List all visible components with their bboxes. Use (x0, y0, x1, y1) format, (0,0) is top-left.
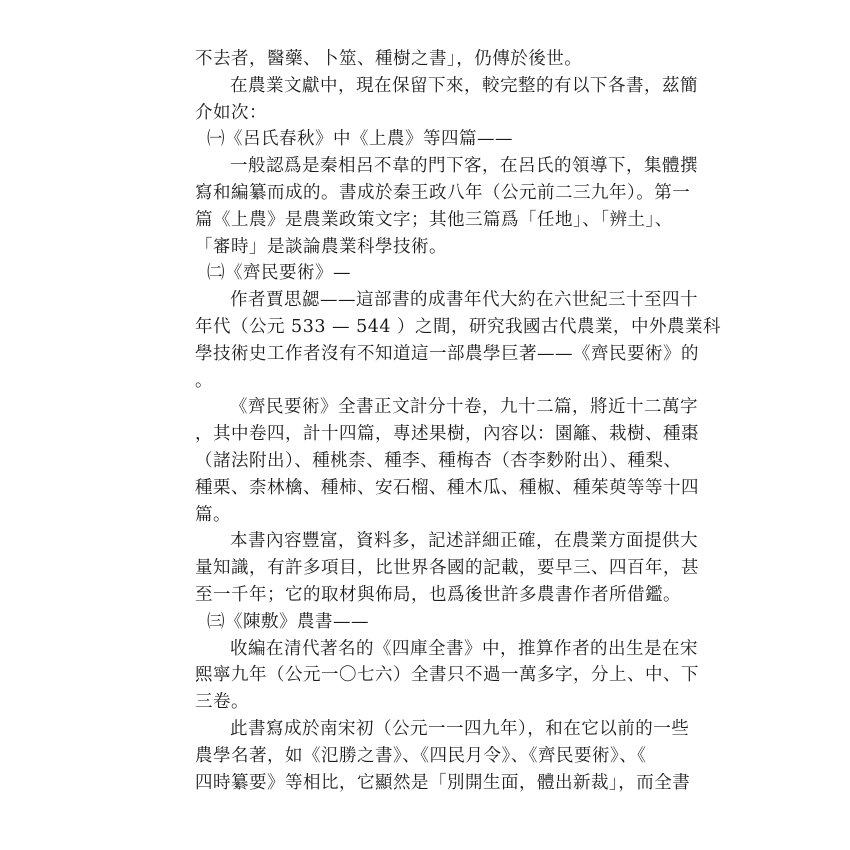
text-line: 不去者，醫藥、卜筮、種樹之書」，仍傳於後世。 (195, 46, 660, 73)
paragraph-start: 本書內容豐富，資料多，記述詳細正確，在農業方面提供大 (195, 528, 660, 555)
text-line: 量知識，有許多項目，比世界各國的記載，要早三、四百年，甚 (195, 555, 660, 582)
section-heading-3: ㈢《陳敷》農書—— (195, 609, 660, 636)
text-line: ，其中卷四，計十四篇，專述果樹，內容以：園籬、栽樹、種棗 (195, 421, 660, 448)
text-line: 篇《上農》是農業政策文字；其他三篇爲「任地」、「辨土」、 (195, 207, 660, 234)
text-line: 四時纂要》等相比，它顯然是「別開生面，體出新裁」，而全書 (195, 770, 660, 797)
paragraph-start: 在農業文獻中，現在保留下來，較完整的有以下各書，茲簡 (195, 73, 660, 100)
text-line: （諸法附出）、種桃柰、種李、種梅杏（杏李麨附出）、種梨、 (195, 448, 660, 475)
paragraph-start: 作者賈思勰——這部書的成書年代大約在六世紀三十至四十 (195, 287, 660, 314)
paragraph-start: 一般認爲是秦相呂不韋的門下客，在呂氏的領導下，集體撰 (195, 153, 660, 180)
text-line: 三卷。 (195, 689, 660, 716)
text-line: 熙寧九年（公元一〇七六）全書只不過一萬多字，分上、中、下 (195, 662, 660, 689)
text-line: 學技術史工作者沒有不知道這一部農學巨著——《齊民要術》的 (195, 341, 660, 368)
text-line: 介如次： (195, 100, 660, 127)
document-page: 不去者，醫藥、卜筮、種樹之書」，仍傳於後世。 在農業文獻中，現在保留下來，較完整… (195, 46, 660, 796)
paragraph-start: 此書寫成於南宋初（公元一一四九年），和在它以前的一些 (195, 716, 660, 743)
paragraph-start: 《齊民要術》全書正文計分十卷，九十二篇，將近十二萬字 (195, 394, 660, 421)
text-line: 寫和編纂而成的。書成於秦王政八年（公元前二三九年）。第一 (195, 180, 660, 207)
paragraph-start: 收編在清代著名的《四庫全書》中，推算作者的出生是在宋 (195, 636, 660, 663)
section-heading-1: ㈠《呂氏春秋》中《上農》等四篇—— (195, 126, 660, 153)
text-line: 農學名著，如《氾勝之書》、《四民月令》、《齊民要術》、《 (195, 743, 660, 770)
section-heading-2: ㈡《齊民要術》— (195, 260, 660, 287)
text-line: 。 (195, 368, 660, 395)
text-line: 年代（公元 533 — 544 ）之間，研究我國古代農業，中外農業科 (195, 314, 660, 341)
text-line: 篇。 (195, 502, 660, 529)
text-line: 種栗、柰林檎、種柿、安石榴、種木瓜、種椒、種茱萸等等十四 (195, 475, 660, 502)
text-line: 「審時」是談論農業科學技術。 (195, 234, 660, 261)
text-line: 至一千年；它的取材與佈局，也爲後世許多農書作者所借鑑。 (195, 582, 660, 609)
